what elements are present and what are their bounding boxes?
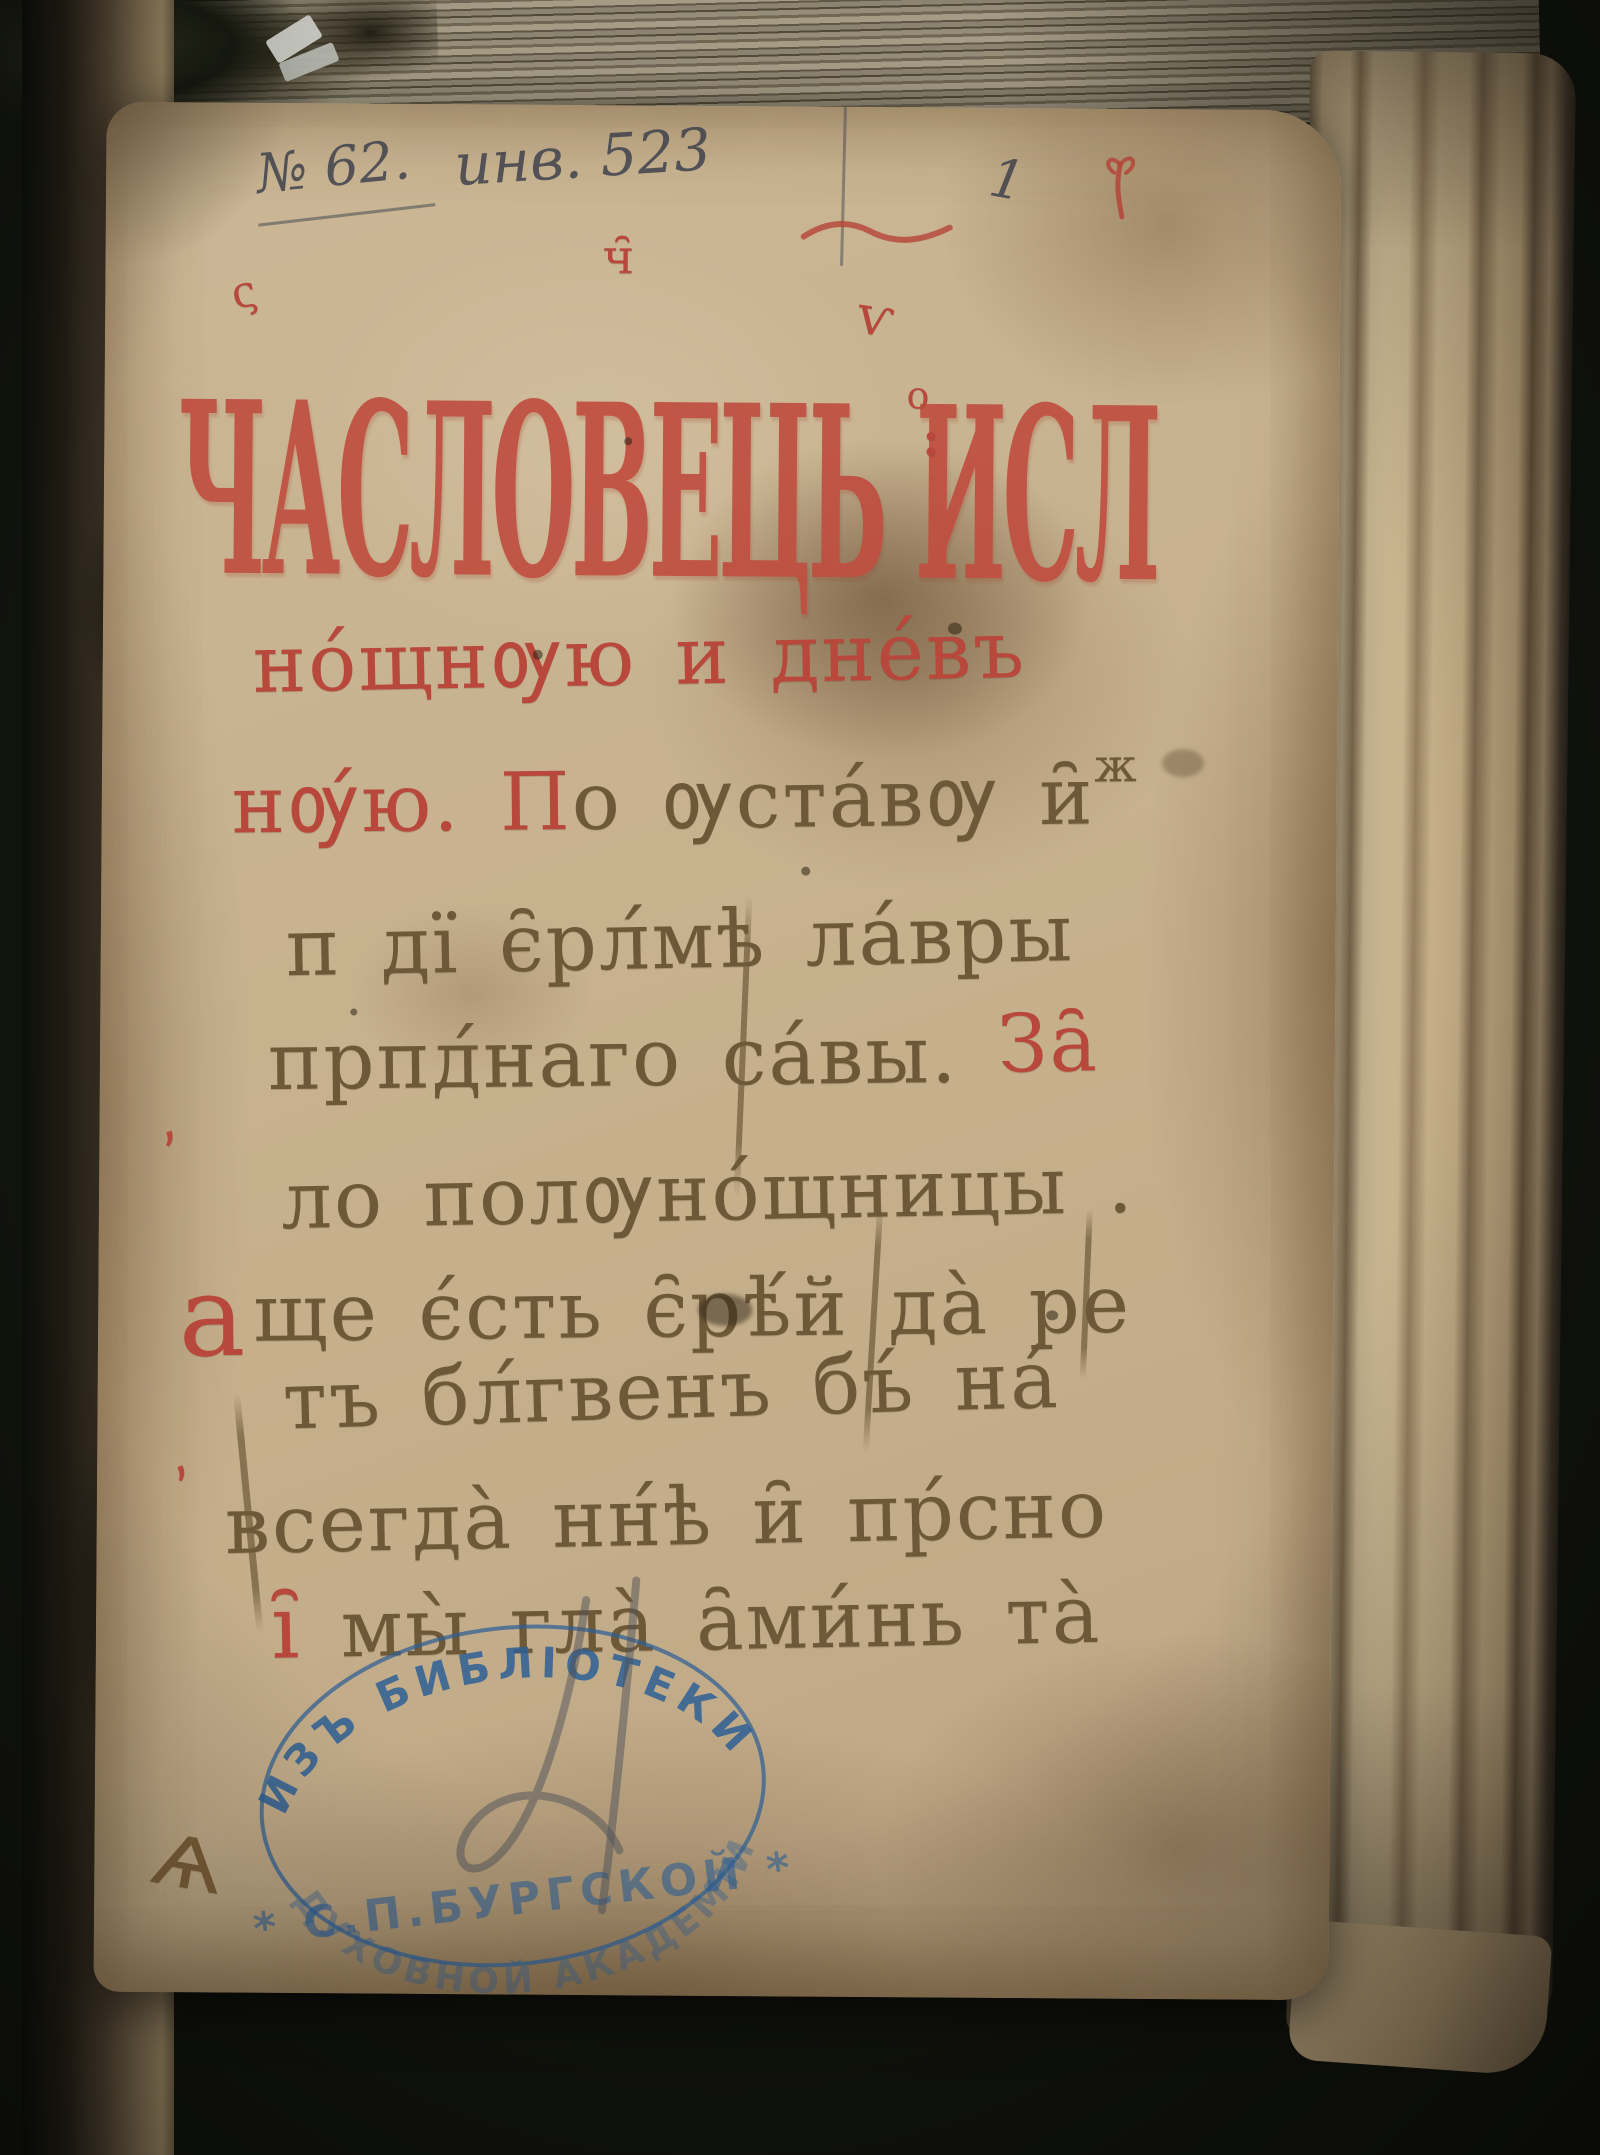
ink-speck	[1046, 1310, 1058, 1320]
red-squiggle-mark	[798, 217, 958, 248]
pencil-flourish	[334, 1558, 737, 1981]
red-trefoil-mark	[1098, 149, 1145, 225]
ink-speck	[624, 437, 632, 445]
quire-mark: ѧ	[143, 1796, 237, 1917]
stain-smudge	[1162, 749, 1204, 777]
parchment-page: № 62. инв. 523 1 ς ч̑ ЧАСЛОВЕЦЬ ИСЛ ѵ о …	[93, 102, 1341, 2001]
line7-red-initial: а	[178, 1252, 246, 1383]
pencil-inventory-digit: 1	[985, 145, 1030, 213]
text-line-2: но́щнѹю и дне́въ	[252, 603, 1027, 711]
pencil-shelfmark: № 62.	[253, 128, 413, 206]
ink-smudge	[698, 1294, 752, 1326]
shelfmark-underline	[258, 203, 435, 226]
text-line-3: нѹ́ю. По ѹста́вѹ и̑ж	[231, 749, 1137, 851]
margin-tick: ʼ	[164, 1453, 211, 1523]
vyaz-colon: :	[922, 411, 942, 467]
text-line-5: прпд́наго са́вы. За̑	[267, 1006, 1099, 1108]
text-line-9: всегда̀ нн́ѣ и̑ пр́сно	[224, 1462, 1109, 1572]
vyaz-superscript-u: ѵ	[853, 283, 900, 351]
line3-superscript: ж	[1094, 738, 1137, 792]
pencil-inventory-number: инв. 523	[452, 115, 713, 199]
ink-speck	[801, 867, 810, 876]
line3-brown-segment: о ѹста́вѹ и̑	[571, 749, 1095, 847]
red-curl-mark: ς	[226, 264, 264, 320]
text-line-4: п дї є̑рл́мѣ ла́вры	[285, 886, 1075, 994]
ink-speck	[350, 1008, 357, 1015]
ink-speck	[533, 650, 543, 660]
manuscript-photo: № 62. инв. 523 1 ς ч̑ ЧАСЛОВЕЦЬ ИСЛ ѵ о …	[0, 0, 1600, 2155]
margin-tick: ʼ	[153, 1119, 193, 1190]
line3-red-segment: нѹ́ю. П	[231, 755, 572, 852]
red-letter-mark: ч̑	[602, 229, 636, 285]
line5-brown-segment: прпд́наго са́вы.	[267, 1008, 958, 1108]
ink-speck	[948, 623, 962, 635]
vyaz-title: ЧАСЛОВЕЦЬ ИСЛ	[177, 348, 1158, 636]
line5-red-segment: За̑	[997, 996, 1100, 1090]
